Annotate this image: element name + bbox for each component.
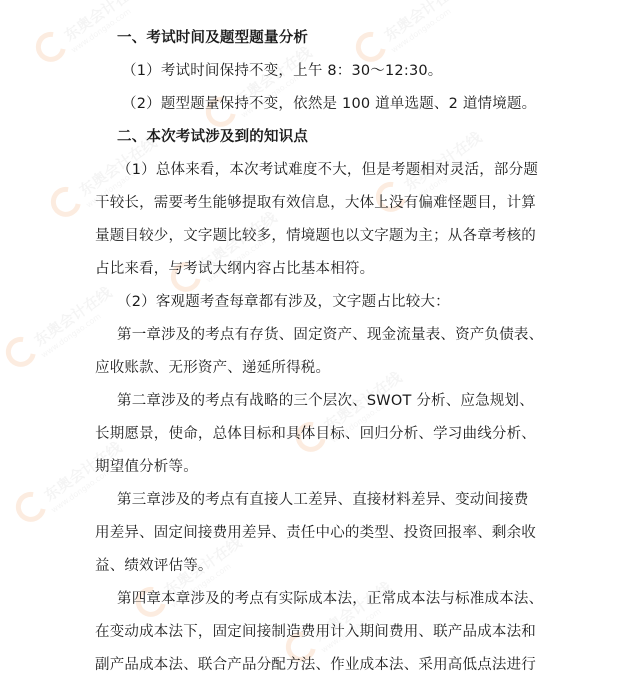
paragraph-line: 第二章涉及的考点有战略的三个层次、SWOT 分析、应急规划、: [95, 385, 540, 418]
paragraph-line: 第四章本章涉及的考点有实际成本法，正常成本法与标准成本法、: [95, 583, 540, 616]
document-body: 一、考试时间及题型题量分析 （1）考试时间保持不变，上午 8：30～12:30。…: [95, 22, 540, 682]
paragraph-line: （2）题型题量保持不变，依然是 100 道单选题、2 道情境题。: [95, 88, 540, 121]
paragraph-line: 第一章涉及的考点有存货、固定资产、现金流量表、资产负债表、: [95, 319, 540, 352]
paragraph-line: 期望值分析等。: [95, 451, 540, 484]
logo-icon: [10, 486, 52, 528]
logo-icon: [30, 26, 72, 68]
paragraph-line: （2）客观题考查每章都有涉及，文字题占比较大：: [95, 286, 540, 319]
paragraph-line: 用差异、固定间接费用差异、责任中心的类型、投资回报率、剩余收: [95, 517, 540, 550]
paragraph-line: 应收账款、无形资产、递延所得税。: [95, 352, 540, 385]
paragraph-line: 干较长，需要考生能够提取有效信息，大体上没有偏难怪题目，计算: [95, 187, 540, 220]
paragraph-line: （1）考试时间保持不变，上午 8：30～12:30。: [95, 55, 540, 88]
paragraph-line: 副产品成本法、联合产品分配方法、作业成本法、采用高低点法进行: [95, 649, 540, 682]
paragraph-line: 占比来看，与考试大纲内容占比基本相符。: [95, 253, 540, 286]
paragraph-line: （1）总体来看，本次考试难度不大，但是考题相对灵活，部分题: [95, 154, 540, 187]
paragraph-line: 长期愿景，使命，总体目标和具体目标、回归分析、学习曲线分析、: [95, 418, 540, 451]
section-heading-1: 一、考试时间及题型题量分析: [95, 22, 540, 55]
paragraph-line: 第三章涉及的考点有直接人工差异、直接材料差异、变动间接费: [95, 484, 540, 517]
paragraph-line: 益、绩效评估等。: [95, 550, 540, 583]
logo-icon: [0, 331, 42, 373]
logo-icon: [45, 181, 87, 223]
paragraph-line: 量题目较少，文字题比较多，情境题也以文字题为主；从各章考核的: [95, 220, 540, 253]
paragraph-line: 在变动成本法下，固定间接制造费用计入期间费用、联产品成本法和: [95, 616, 540, 649]
section-heading-2: 二、本次考试涉及到的知识点: [95, 121, 540, 154]
